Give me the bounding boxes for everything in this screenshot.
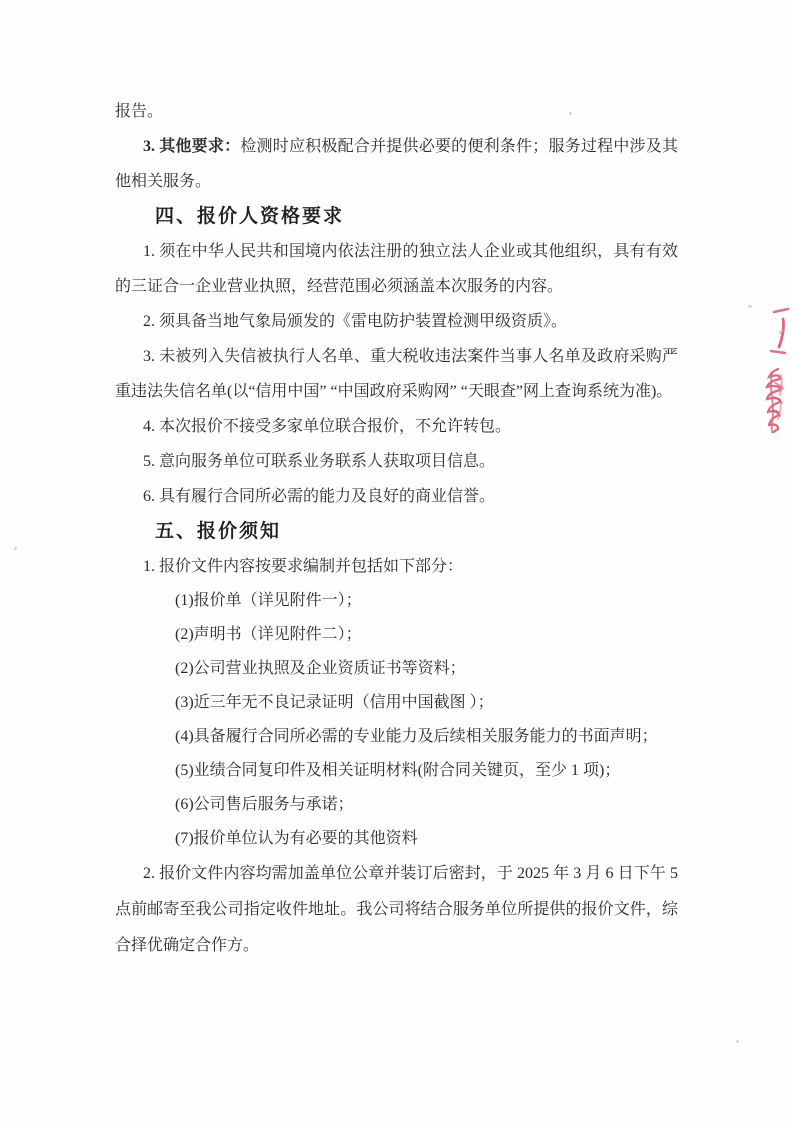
document-page: 报告。3. 其他要求：检测时应积极配合并提供必要的便利条件；服务过程中涉及其他相… [0, 0, 793, 1122]
list-item: (7)报价单位认为有必要的其他资料 [115, 822, 678, 856]
list-item: (2)公司营业执照及企业资质证书等资料； [115, 652, 678, 686]
paragraph: 5. 意向服务单位可联系业务联系人获取项目信息。 [115, 444, 678, 479]
list-item: (5)业绩合同复印件及相关证明材料(附合同关键页，至少 1 项)； [115, 754, 678, 788]
document-content: 报告。3. 其他要求：检测时应积极配合并提供必要的便利条件；服务过程中涉及其他相… [115, 94, 678, 964]
scan-speck [569, 112, 572, 115]
paragraph: 4. 本次报价不接受多家单位联合报价，不允许转包。 [115, 409, 678, 444]
paragraph: 报告。 [115, 94, 678, 129]
bold-lead: 3. 其他要求： [143, 138, 240, 155]
paragraph: 3. 未被列入失信被执行人名单、重大税收违法案件当事人名单及政府采购严重违法失信… [115, 339, 678, 409]
scan-speck [14, 547, 17, 550]
section-heading: 五、报价须知 [115, 514, 678, 549]
list-item: (6)公司售后服务与承诺； [115, 788, 678, 822]
paragraph: 1. 须在中华人民共和国境内依法注册的独立法人企业或其他组织，具有有效的三证合一… [115, 234, 678, 304]
paragraph: 1. 报价文件内容按要求编制并包括如下部分： [115, 549, 678, 584]
paragraph: 3. 其他要求：检测时应积极配合并提供必要的便利条件；服务过程中涉及其他相关服务… [115, 129, 678, 199]
list-item: (4)具备履行合同所必需的专业能力及后续相关服务能力的书面声明； [115, 720, 678, 754]
scan-speck [748, 305, 752, 308]
scan-speck [736, 1040, 739, 1043]
paragraph: 2. 须具备当地气象局颁发的《雷电防护装置检测甲级资质》。 [115, 304, 678, 339]
section-heading: 四、报价人资格要求 [115, 199, 678, 234]
paragraph: 2. 报价文件内容均需加盖单位公章并装订后密封，于 2025 年 3 月 6 日… [115, 856, 678, 964]
red-ink-annotation [738, 293, 793, 433]
list-item: (2)声明书（详见附件二）； [115, 618, 678, 652]
paragraph: 6. 具有履行合同所必需的能力及良好的商业信誉。 [115, 479, 678, 514]
list-item: (1)报价单（详见附件一）； [115, 584, 678, 618]
list-item: (3)近三年无不良记录证明（信用中国截图 ）； [115, 686, 678, 720]
